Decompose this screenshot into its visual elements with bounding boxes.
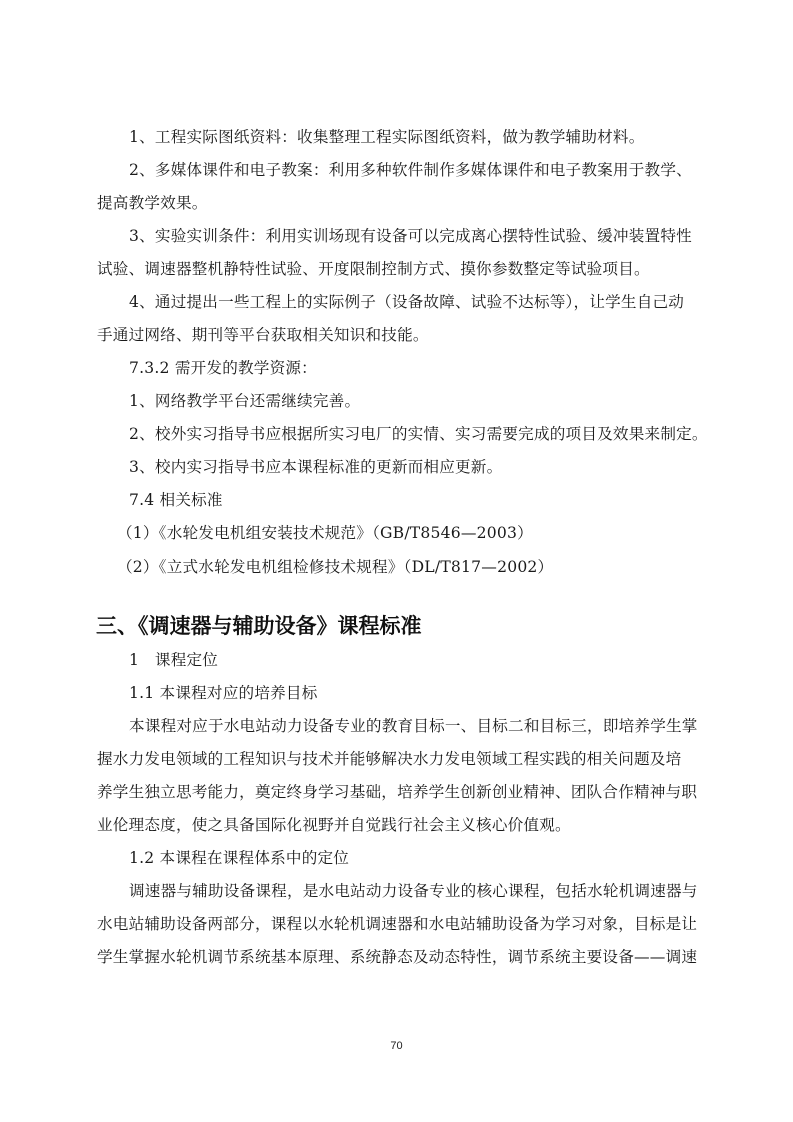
section-1-1-para-line-1: 本课程对应于水电站动力设备专业的教育目标一、目标二和目标三，即培养学生掌 xyxy=(129,716,749,736)
document-page: 1、工程实际图纸资料：收集整理工程实际图纸资料，做为教学辅助材料。 2、多媒体课… xyxy=(0,0,793,1122)
resource-item-1: 1、工程实际图纸资料：收集整理工程实际图纸资料，做为教学辅助材料。 xyxy=(129,127,749,147)
section-7-3-2-title: 7.3.2 需开发的教学资源： xyxy=(129,358,749,378)
section-1-1-para-line-3: 养学生独立思考能力，奠定终身学习基础，培养学生创新创业精神、团队合作精神与职 xyxy=(97,782,717,802)
section-7-3-2-item-1: 1、网络教学平台还需继续完善。 xyxy=(129,391,749,411)
resource-item-3-line-2: 试验、调速器整机静特性试验、开度限制控制方式、摸你参数整定等试验项目。 xyxy=(97,259,717,279)
section-1-2-para-line-1: 调速器与辅助设备课程，是水电站动力设备专业的核心课程，包括水轮机调速器与 xyxy=(129,881,749,901)
section-1-1-para-line-2: 握水力发电领域的工程知识与技术并能够解决水力发电领域工程实践的相关问题及培 xyxy=(97,749,717,769)
resource-item-3-line-1: 3、实验实训条件：利用实训场现有设备可以完成离心摆特性试验、缓冲装置特性 xyxy=(129,226,749,246)
standard-item-2: （2）《立式水轮发电机组检修技术规程》（DL/T817—2002） xyxy=(117,557,737,577)
section-1-title: 1 课程定位 xyxy=(129,650,749,670)
resource-item-4-line-2: 手通过网络、期刊等平台获取相关知识和技能。 xyxy=(97,325,717,345)
page-number: 70 xyxy=(0,1040,793,1052)
resource-item-2-line-1: 2、多媒体课件和电子教案：利用多种软件制作多媒体课件和电子教案用于教学、 xyxy=(129,160,749,180)
section-7-3-2-item-3: 3、校内实习指导书应本课程标准的更新而相应更新。 xyxy=(129,457,749,477)
section-1-2-para-line-2: 水电站辅助设备两部分，课程以水轮机调速器和水电站辅助设备为学习对象，目标是让 xyxy=(97,914,717,934)
section-1-2-para-line-3: 学生掌握水轮机调节系统基本原理、系统静态及动态特性，调节系统主要设备——调速 xyxy=(97,947,717,967)
section-1-1-title: 1.1 本课程对应的培养目标 xyxy=(129,683,749,703)
section-7-4-title: 7.4 相关标准 xyxy=(129,490,749,510)
resource-item-2-line-2: 提高教学效果。 xyxy=(97,193,717,213)
resource-item-4-line-1: 4、通过提出一些工程上的实际例子（设备故障、试验不达标等），让学生自己动 xyxy=(129,292,749,312)
section-1-2-title: 1.2 本课程在课程体系中的定位 xyxy=(129,848,749,868)
chapter-heading: 三、《调速器与辅助设备》课程标准 xyxy=(96,612,422,640)
standard-item-1: （1）《水轮发电机组安装技术规范》（GB/T8546—2003） xyxy=(117,523,737,543)
section-1-1-para-line-4: 业伦理态度，使之具备国际化视野并自觉践行社会主义核心价值观。 xyxy=(97,815,717,835)
section-7-3-2-item-2: 2、校外实习指导书应根据所实习电厂的实情、实习需要完成的项目及效果来制定。 xyxy=(129,424,749,444)
